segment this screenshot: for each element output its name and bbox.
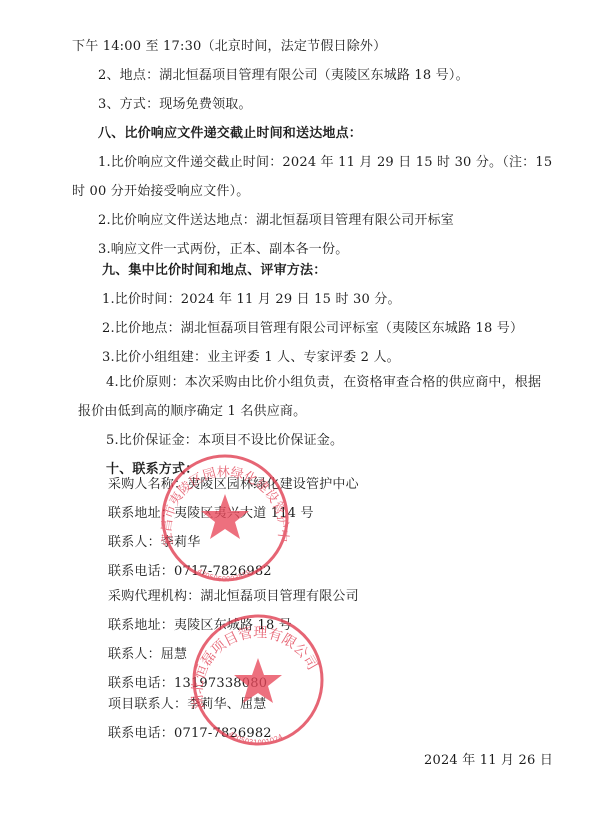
text-line: 时 00 分开始接受响应文件）。 [72,183,250,201]
text-line: 联系电话：0717-7826982 [108,725,272,743]
text-line: 联系电话：13197338080 [108,675,267,693]
text-line: 3.响应文件一式两份，正本、副本各一份。 [98,241,348,259]
text-line: 联系人：屈慧 [108,646,187,664]
text-line: 项目联系人：李莉华、屈慧 [108,696,266,714]
text-line: 2、地点：湖北恒磊项目管理有限公司（夷陵区东城路 18 号）。 [98,67,469,85]
text-line: 下午 14:00 至 17:30（北京时间，法定节假日除外） [72,38,386,56]
text-line: 联系地址：夷陵区夷兴大道 114 号 [108,505,314,523]
text-line: 1.比价时间：2024 年 11 月 29 日 15 时 30 分。 [102,291,401,309]
text-line: 2.比价地点：湖北恒磊项目管理有限公司评标室（夷陵区东城路 18 号） [102,320,523,338]
section-heading: 九、集中比价时间和地点、评审方法： [102,262,326,280]
text-line: 联系电话：0717-7826982 [108,563,272,581]
section-heading: 八、比价响应文件递交截止时间和送达地点： [98,125,362,143]
text-line: 2.比价响应文件送达地点：湖北恒磊项目管理有限公司开标室 [98,212,454,230]
text-line: 联系地址：夷陵区东城路 18 号 [108,617,292,635]
text-line: 采购代理机构：湖北恒磊项目管理有限公司 [108,588,359,606]
text-line: 1.比价响应文件递交截止时间：2024 年 11 月 29 日 15 时 30 … [98,154,552,172]
text-line: 4.比价原则：本次采购由比价小组负责，在资格审查合格的供应商中，根据 [106,374,541,392]
document-date: 2024 年 11 月 26 日 [424,752,553,770]
text-line: 3、方式：现场免费领取。 [98,96,252,114]
text-line: 联系人：李莉华 [108,534,200,552]
text-line: 采购人名称：夷陵区园林绿化建设管护中心 [108,476,359,494]
text-line: 5.比价保证金：本项目不设比价保证金。 [106,432,343,450]
text-line: 3.比价小组组建：业主评委 1 人、专家评委 2 人。 [102,349,400,367]
text-line: 报价由低到高的顺序确定 1 名供应商。 [78,403,306,421]
